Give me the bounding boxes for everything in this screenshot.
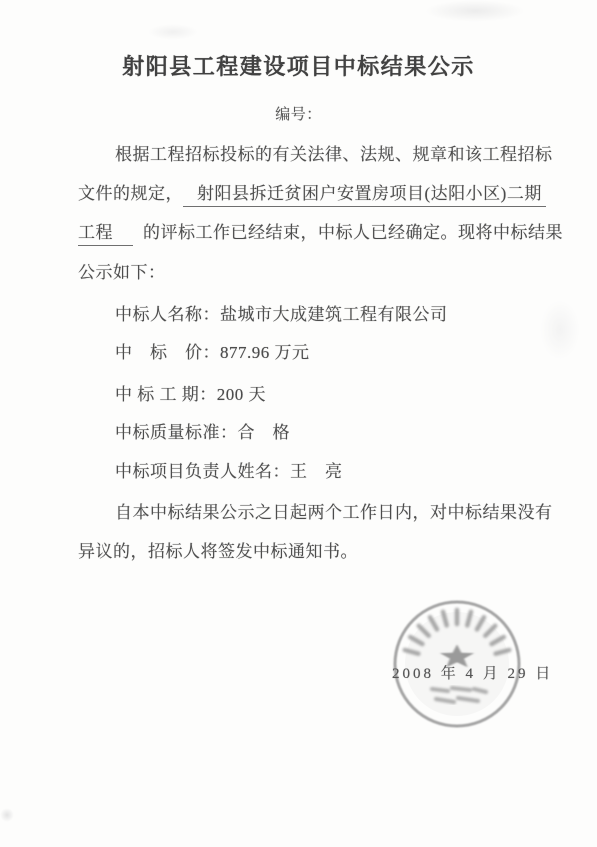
field-bid-price-value: 877.96 万元 — [220, 343, 310, 362]
field-project-manager-label: 中标项目负责人姓名： — [115, 462, 290, 481]
field-winner-name: 中标人名称：盐城市大成建筑工程有限公司 — [115, 304, 448, 326]
field-quality-standard-value: 合 格 — [238, 423, 291, 442]
underlined-project-name-cont: 工程 — [78, 223, 133, 246]
field-duration-value: 200 天 — [217, 385, 266, 404]
para1-line3: 工程的评标工作已经结束，中标人已经确定。现将中标结果 — [78, 222, 563, 244]
field-bid-price: 中 标 价：877.96 万元 — [115, 342, 310, 364]
field-winner-name-value: 盐城市大成建筑工程有限公司 — [220, 305, 448, 324]
field-duration-label: 中 标 工 期： — [115, 385, 217, 404]
para1-line2-plain: 文件的规定， — [78, 184, 183, 203]
scanned-document-page: 射阳县工程建设项目中标结果公示 编号： 根据工程招标投标的有关法律、法规、规章和… — [0, 0, 597, 847]
doc-number-label: 编号： — [0, 104, 597, 126]
field-winner-name-label: 中标人名称： — [115, 305, 220, 324]
underlined-project-name: 射阳县拆迁贫困户安置房项目(达阳小区)二期 — [183, 184, 546, 207]
para1-line1: 根据工程招标投标的有关法律、法规、规章和该工程招标 — [78, 144, 553, 166]
scan-smudge — [540, 300, 580, 360]
doc-date: 2008 年 4 月 29 日 — [392, 663, 553, 685]
field-duration: 中 标 工 期：200 天 — [115, 384, 266, 406]
field-quality-standard-label: 中标质量标准： — [115, 423, 238, 442]
scan-smudge — [425, 0, 525, 22]
para1-line3-plain: 的评标工作已经结束，中标人已经确定。现将中标结果 — [143, 223, 563, 242]
field-project-manager: 中标项目负责人姓名：王 亮 — [115, 461, 343, 483]
para2-line2: 异议的，招标人将签发中标通知书。 — [78, 541, 358, 563]
field-bid-price-label: 中 标 价： — [115, 343, 220, 362]
para1-line4: 公示如下： — [78, 262, 166, 284]
para2-line1: 自本中标结果公示之日起两个工作日内，对中标结果没有 — [78, 502, 553, 524]
field-quality-standard: 中标质量标准：合 格 — [115, 422, 290, 444]
para1-line2: 文件的规定，射阳县拆迁贫困户安置房项目(达阳小区)二期 — [78, 183, 546, 205]
scan-smudge — [148, 24, 198, 40]
scan-smudge — [0, 808, 14, 822]
field-project-manager-value: 王 亮 — [290, 462, 343, 481]
doc-title: 射阳县工程建设项目中标结果公示 — [0, 56, 597, 78]
